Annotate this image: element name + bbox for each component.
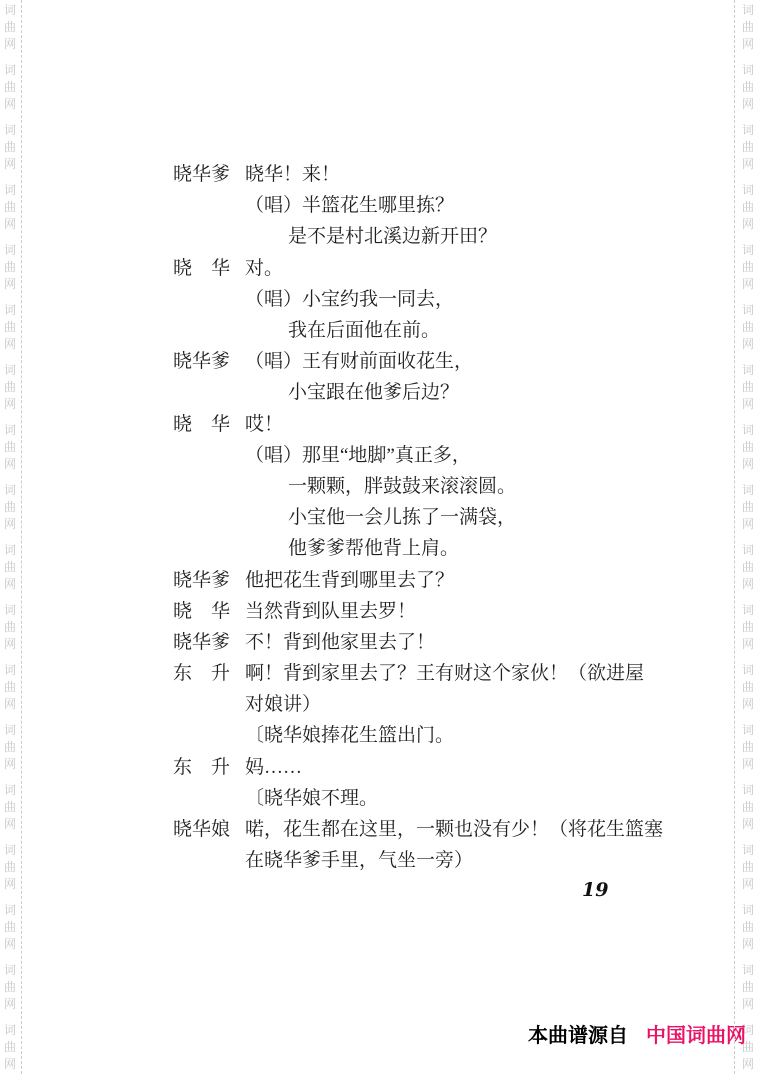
scanned-script-page: 词曲网词曲网词曲网词曲网词曲网词曲网词曲网词曲网词曲网词曲网词曲网词曲网词曲网词… (0, 0, 760, 1074)
script-line: 在晓华爹手里，气坐一旁） (173, 843, 673, 874)
watermark-char: 词 (740, 122, 756, 139)
watermark-char: 曲 (740, 499, 756, 516)
watermark-char: 词 (2, 542, 18, 559)
script-line: 晓 华当然背到队里去罗！ (173, 594, 673, 625)
watermark-char: 曲 (740, 79, 756, 96)
watermark-char: 词 (740, 362, 756, 379)
script-line: （唱）那里“地脚”真正多， (173, 438, 673, 469)
source-attribution: 本曲谱源自中国词曲网 (528, 1019, 746, 1048)
dialogue-text: （唱）那里“地脚”真正多， (245, 440, 471, 467)
watermark-char: 网 (740, 396, 756, 413)
watermark-char: 网 (740, 336, 756, 353)
watermark-char: 曲 (740, 1039, 756, 1056)
watermark-char: 网 (740, 216, 756, 233)
watermark-char: 网 (2, 936, 18, 953)
watermark-char: 曲 (2, 619, 18, 636)
dialogue-text: 我在后面他在前。 (245, 315, 440, 342)
left-watermark-column: 词曲网词曲网词曲网词曲网词曲网词曲网词曲网词曲网词曲网词曲网词曲网词曲网词曲网词… (2, 2, 18, 1074)
watermark-char: 词 (2, 902, 18, 919)
watermark-char: 网 (2, 456, 18, 473)
watermark-char: 网 (2, 336, 18, 353)
watermark-char: 词 (740, 482, 756, 499)
watermark-char: 曲 (740, 679, 756, 696)
watermark-char: 曲 (2, 859, 18, 876)
role-label: 晓华爹 (173, 159, 230, 186)
dialogue-text: 小宝跟在他爹后边？ (245, 377, 459, 404)
script-line: 一颗颗，胖鼓鼓来滚滚圆。 (173, 469, 673, 500)
watermark-char: 网 (2, 216, 18, 233)
source-prefix: 本曲谱源自 (528, 1025, 628, 1047)
watermark-char: 词 (2, 122, 18, 139)
watermark-char: 曲 (740, 439, 756, 456)
role-label: 晓 华 (173, 253, 230, 280)
watermark-text: 词曲网 (2, 482, 18, 542)
watermark-char: 曲 (2, 79, 18, 96)
watermark-char: 网 (740, 96, 756, 113)
watermark-char: 词 (740, 1022, 756, 1039)
script-line: 东 升妈…… (173, 750, 673, 781)
watermark-char: 网 (740, 756, 756, 773)
watermark-text: 词曲网 (2, 362, 18, 422)
watermark-char: 网 (2, 576, 18, 593)
right-watermark-column: 词曲网词曲网词曲网词曲网词曲网词曲网词曲网词曲网词曲网词曲网词曲网词曲网词曲网词… (740, 2, 756, 1074)
dialogue-text: 他爹爹帮他背上肩。 (245, 533, 459, 560)
watermark-char: 曲 (2, 19, 18, 36)
dialogue-text: 不！背到他家里去了！ (245, 627, 435, 654)
watermark-char: 网 (740, 936, 756, 953)
dialogue-text: 对娘讲） (245, 689, 321, 716)
dialogue-text: 他把花生背到哪里去了？ (245, 565, 454, 592)
script-line: 我在后面他在前。 (173, 313, 673, 344)
watermark-char: 网 (740, 516, 756, 533)
script-line: 东 升啊！背到家里去了？王有财这个家伙！（欲进屋 (173, 656, 673, 687)
watermark-char: 词 (740, 242, 756, 259)
watermark-char: 网 (2, 636, 18, 653)
script-line: 晓华娘喏，花生都在这里，一颗也没有少！（将花生篮塞 (173, 812, 673, 843)
watermark-char: 词 (740, 302, 756, 319)
watermark-char: 词 (740, 422, 756, 439)
watermark-char: 词 (2, 842, 18, 859)
script-line: 晓华爹晓华！来！ (173, 157, 673, 188)
watermark-char: 词 (2, 662, 18, 679)
watermark-char: 曲 (740, 379, 756, 396)
dialogue-text: （唱）小宝约我一同去， (245, 284, 454, 311)
script-line: 〔晓华娘捧花生篮出门。 (173, 718, 673, 749)
watermark-text: 词曲网 (740, 2, 756, 62)
watermark-char: 词 (2, 182, 18, 199)
watermark-char: 曲 (740, 19, 756, 36)
script-line: 晓华爹不！背到他家里去了！ (173, 625, 673, 656)
watermark-char: 曲 (740, 259, 756, 276)
dialogue-text: 一颗颗，胖鼓鼓来滚滚圆。 (245, 471, 516, 498)
watermark-char: 网 (2, 1056, 18, 1073)
role-label: 晓华爹 (173, 565, 230, 592)
script-line: 晓华爹（唱）王有财前面收花生， (173, 344, 673, 375)
dialogue-text: 当然背到队里去罗！ (245, 596, 416, 623)
watermark-char: 词 (2, 362, 18, 379)
watermark-text: 词曲网 (740, 962, 756, 1022)
watermark-char: 曲 (740, 919, 756, 936)
watermark-char: 网 (2, 156, 18, 173)
watermark-char: 词 (740, 722, 756, 739)
watermark-text: 词曲网 (2, 242, 18, 302)
watermark-char: 曲 (2, 499, 18, 516)
dialogue-text: 啊！背到家里去了？王有财这个家伙！（欲进屋 (245, 658, 644, 685)
watermark-char: 词 (2, 1022, 18, 1039)
watermark-text: 词曲网 (2, 662, 18, 722)
watermark-char: 网 (2, 276, 18, 293)
dialogue-text: 晓华！来！ (245, 159, 340, 186)
watermark-char: 网 (2, 996, 18, 1013)
watermark-char: 曲 (740, 199, 756, 216)
watermark-char: 网 (740, 576, 756, 593)
role-label: 东 升 (173, 752, 230, 779)
watermark-char: 网 (740, 156, 756, 173)
watermark-char: 词 (2, 482, 18, 499)
watermark-char: 词 (740, 962, 756, 979)
watermark-text: 词曲网 (2, 542, 18, 602)
watermark-text: 词曲网 (740, 242, 756, 302)
dialogue-text: （唱）王有财前面收花生， (245, 346, 473, 373)
watermark-text: 词曲网 (740, 122, 756, 182)
watermark-text: 词曲网 (740, 542, 756, 602)
watermark-char: 曲 (740, 799, 756, 816)
watermark-text: 词曲网 (2, 782, 18, 842)
watermark-char: 网 (740, 36, 756, 53)
watermark-char: 网 (2, 396, 18, 413)
watermark-char: 词 (2, 2, 18, 19)
script-line: 对娘讲） (173, 687, 673, 718)
watermark-char: 词 (740, 902, 756, 919)
script-line: 小宝跟在他爹后边？ (173, 375, 673, 406)
watermark-text: 词曲网 (740, 782, 756, 842)
watermark-text: 词曲网 (740, 482, 756, 542)
dialogue-text: 〔晓华娘不理。 (245, 783, 378, 810)
watermark-char: 网 (2, 876, 18, 893)
watermark-text: 词曲网 (2, 62, 18, 122)
watermark-char: 曲 (740, 979, 756, 996)
watermark-char: 曲 (2, 799, 18, 816)
watermark-char: 词 (2, 782, 18, 799)
watermark-text: 词曲网 (740, 902, 756, 962)
source-site-name: 中国词曲网 (646, 1025, 746, 1047)
watermark-text: 词曲网 (740, 842, 756, 902)
watermark-text: 词曲网 (2, 722, 18, 782)
watermark-char: 曲 (2, 379, 18, 396)
watermark-text: 词曲网 (2, 1022, 18, 1074)
watermark-char: 词 (740, 602, 756, 619)
watermark-char: 词 (2, 422, 18, 439)
watermark-text: 词曲网 (2, 842, 18, 902)
watermark-text: 词曲网 (740, 422, 756, 482)
watermark-text: 词曲网 (740, 662, 756, 722)
watermark-text: 词曲网 (2, 182, 18, 242)
watermark-char: 网 (2, 96, 18, 113)
script-body: 晓华爹晓华！来！（唱）半篮花生哪里拣？是不是村北溪边新开田？晓 华对。（唱）小宝… (173, 157, 673, 874)
watermark-char: 词 (2, 242, 18, 259)
watermark-text: 词曲网 (2, 962, 18, 1022)
dialogue-text: （唱）半篮花生哪里拣？ (245, 190, 454, 217)
watermark-char: 曲 (740, 559, 756, 576)
watermark-char: 曲 (740, 319, 756, 336)
dialogue-text: 〔晓华娘捧花生篮出门。 (245, 720, 454, 747)
watermark-char: 曲 (2, 259, 18, 276)
script-line: 他爹爹帮他背上肩。 (173, 531, 673, 562)
watermark-char: 词 (740, 62, 756, 79)
dialogue-text: 小宝他一会儿拣了一满袋， (245, 502, 516, 529)
watermark-char: 曲 (740, 139, 756, 156)
dialogue-text: 是不是村北溪边新开田？ (245, 221, 497, 248)
dialogue-text: 对。 (245, 253, 283, 280)
page-number: 19 (582, 879, 608, 901)
watermark-text: 词曲网 (2, 422, 18, 482)
watermark-char: 曲 (2, 439, 18, 456)
watermark-text: 词曲网 (740, 602, 756, 662)
watermark-char: 曲 (2, 139, 18, 156)
watermark-char: 词 (740, 842, 756, 859)
watermark-text: 词曲网 (740, 302, 756, 362)
script-line: （唱）半篮花生哪里拣？ (173, 188, 673, 219)
watermark-char: 曲 (740, 859, 756, 876)
watermark-char: 网 (2, 756, 18, 773)
script-line: 是不是村北溪边新开田？ (173, 219, 673, 250)
role-label: 晓 华 (173, 596, 230, 623)
right-dashed-border (734, 0, 735, 1074)
watermark-char: 网 (2, 696, 18, 713)
watermark-char: 网 (740, 876, 756, 893)
script-line: 晓 华哎！ (173, 407, 673, 438)
script-line: 晓 华对。 (173, 251, 673, 282)
script-line: 晓华爹他把花生背到哪里去了？ (173, 562, 673, 593)
dialogue-text: 妈…… (245, 752, 302, 779)
watermark-char: 曲 (2, 319, 18, 336)
watermark-char: 网 (740, 816, 756, 833)
script-line: 小宝他一会儿拣了一满袋， (173, 500, 673, 531)
watermark-char: 曲 (2, 559, 18, 576)
watermark-text: 词曲网 (2, 122, 18, 182)
watermark-char: 词 (740, 182, 756, 199)
watermark-char: 曲 (740, 739, 756, 756)
watermark-char: 网 (740, 696, 756, 713)
watermark-text: 词曲网 (740, 722, 756, 782)
watermark-text: 词曲网 (2, 602, 18, 662)
watermark-text: 词曲网 (740, 182, 756, 242)
watermark-char: 词 (2, 722, 18, 739)
watermark-char: 词 (740, 2, 756, 19)
watermark-char: 曲 (2, 739, 18, 756)
watermark-char: 网 (740, 276, 756, 293)
dialogue-text: 在晓华爹手里，气坐一旁） (245, 845, 473, 872)
left-dashed-border (21, 0, 22, 1074)
watermark-char: 词 (2, 602, 18, 619)
watermark-char: 网 (740, 456, 756, 473)
dialogue-text: 哎！ (245, 409, 283, 436)
watermark-text: 词曲网 (740, 362, 756, 422)
watermark-char: 词 (740, 542, 756, 559)
watermark-text: 词曲网 (2, 302, 18, 362)
script-line: （唱）小宝约我一同去， (173, 282, 673, 313)
dialogue-text: 喏，花生都在这里，一颗也没有少！（将花生篮塞 (245, 814, 663, 841)
role-label: 晓华娘 (173, 814, 230, 841)
watermark-char: 网 (740, 636, 756, 653)
script-line: 〔晓华娘不理。 (173, 781, 673, 812)
watermark-text: 词曲网 (740, 62, 756, 122)
role-label: 东 升 (173, 658, 230, 685)
watermark-char: 曲 (740, 619, 756, 636)
watermark-char: 词 (740, 782, 756, 799)
watermark-char: 词 (740, 662, 756, 679)
watermark-text: 词曲网 (740, 1022, 756, 1074)
role-label: 晓华爹 (173, 627, 230, 654)
watermark-char: 网 (2, 36, 18, 53)
role-label: 晓华爹 (173, 346, 230, 373)
watermark-text: 词曲网 (2, 902, 18, 962)
watermark-char: 曲 (2, 679, 18, 696)
watermark-char: 曲 (2, 919, 18, 936)
watermark-char: 网 (740, 1056, 756, 1073)
watermark-text: 词曲网 (2, 2, 18, 62)
watermark-char: 曲 (2, 199, 18, 216)
watermark-char: 词 (2, 962, 18, 979)
watermark-char: 网 (740, 996, 756, 1013)
watermark-char: 网 (2, 516, 18, 533)
watermark-char: 曲 (2, 1039, 18, 1056)
watermark-char: 曲 (2, 979, 18, 996)
watermark-char: 词 (2, 302, 18, 319)
watermark-char: 网 (2, 816, 18, 833)
role-label: 晓 华 (173, 409, 230, 436)
watermark-char: 词 (2, 62, 18, 79)
